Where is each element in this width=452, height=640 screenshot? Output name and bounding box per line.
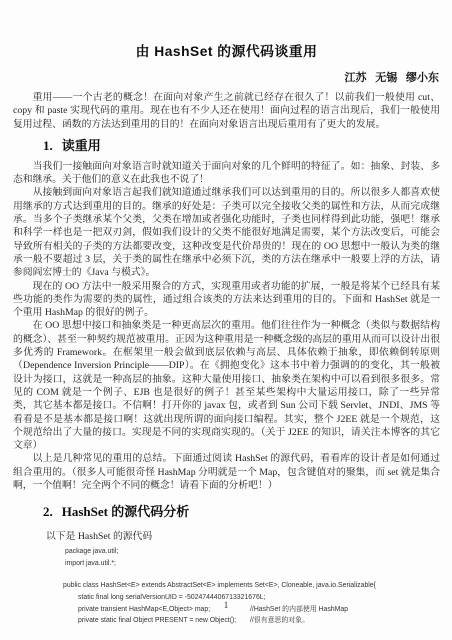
section2-heading: 2.HashSet 的源代码分析 bbox=[43, 504, 440, 520]
section1-paragraph-3: 现在的 OO 方法中一般采用聚合的方式，实现重用或者功能的扩展，一般是将某个已经… bbox=[13, 280, 440, 320]
section1-paragraph-1: 当我们一接触面向对象语言时就知道关于面向对象的几个鲜明的特征了。如：抽象、封装、… bbox=[13, 160, 440, 187]
code-blank-line bbox=[13, 570, 440, 580]
section2-number: 2. bbox=[43, 504, 53, 519]
code-line-import: import java.util.*; bbox=[65, 558, 440, 570]
document-page: 由 HashSet 的源代码谈重用 江苏 无锡 缪小东 重用——一个古老的概念！… bbox=[0, 0, 452, 640]
page-number: 1 bbox=[0, 600, 452, 610]
code-line-package: package java.util; bbox=[65, 546, 440, 558]
code-line-present-field: private static final Object PRESENT = ne… bbox=[78, 615, 440, 627]
code-present-comment: //很有意思的对象。 bbox=[250, 615, 309, 627]
section1-number: 1. bbox=[43, 138, 53, 153]
section1-paragraph-5: 以上是几种常见的重用的总结。下面通过阅读 HashSet 的源代码，看看库的设计… bbox=[13, 452, 440, 492]
author-byline: 江苏 无锡 缪小东 bbox=[13, 72, 440, 85]
section1-title: 读重用 bbox=[62, 138, 101, 153]
intro-paragraph: 重用——一个古老的概念！在面向对象产生之前就已经存在很久了！以前我们一般使用 c… bbox=[13, 91, 440, 131]
document-title: 由 HashSet 的源代码谈重用 bbox=[13, 44, 440, 60]
code-line-class-declaration: public class HashSet<E> extends Abstract… bbox=[63, 580, 440, 592]
section1-paragraph-4: 在 OO 思想中接口和抽象类是一种更高层次的重用。他们往往作为一种概念（类似与数… bbox=[13, 319, 440, 452]
code-block: package java.util; import java.util.*; p… bbox=[13, 546, 440, 627]
code-lead-text: 以下是 HashSet 的源代码 bbox=[46, 530, 440, 543]
section1-paragraph-2: 从接触到面向对象语言起我们就知道通过继承我们可以达到重用的目的。所以很多人都喜欢… bbox=[13, 186, 440, 279]
section2-title: HashSet 的源代码分析 bbox=[62, 504, 189, 519]
code-present-declaration: private static final Object PRESENT = ne… bbox=[78, 617, 236, 624]
section1-heading: 1.读重用 bbox=[43, 138, 440, 154]
